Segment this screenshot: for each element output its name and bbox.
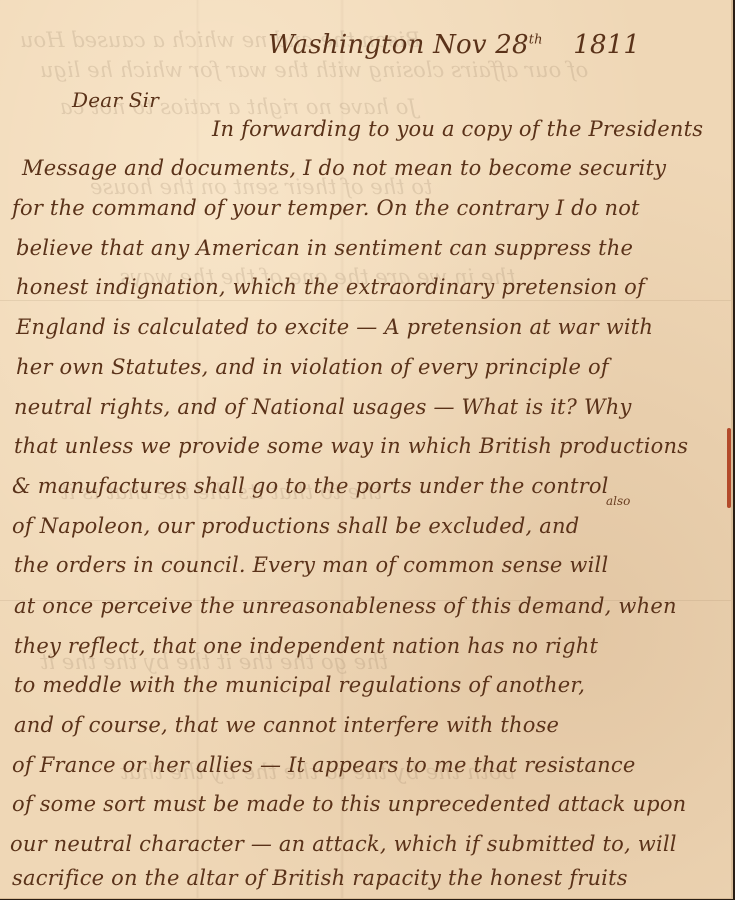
letter-line-9: that unless we provide some way in which… (14, 434, 688, 458)
dateline-day-suffix: th (529, 32, 543, 47)
dateline-year: 1811 (573, 30, 640, 60)
dateline-day: 28 (495, 30, 528, 60)
letter-line-14: they reflect, that one independent natio… (14, 634, 598, 658)
letter-page: Bison the and ne which a caused Hou of o… (0, 0, 733, 899)
letter-line-8: neutral rights, and of National usages —… (14, 395, 632, 419)
letter-line-17: of France or her allies — It appears to … (12, 753, 636, 777)
dateline-month: Nov (433, 30, 487, 60)
letter-line-2: Message and documents, I do not mean to … (22, 156, 666, 180)
letter-line-19: our neutral character — an attack, which… (10, 832, 677, 856)
letter-line-4: believe that any American in sentiment c… (16, 236, 633, 260)
letter-line-1: In forwarding to you a copy of the Presi… (212, 117, 703, 141)
letter-line-13: at once perceive the unreasonableness of… (14, 594, 677, 618)
letter-line-6: England is calculated to excite — A pret… (16, 315, 653, 339)
letter-line-7: her own Statutes, and in violation of ev… (16, 355, 609, 379)
letter-line-3: for the command of your temper. On the c… (12, 196, 640, 220)
dateline: Washington Nov 28th 1811 (268, 30, 640, 60)
letter-line-20: sacrifice on the altar of British rapaci… (12, 866, 628, 890)
letter-line-11: of Napoleon, our productions shall be ex… (12, 514, 579, 538)
letter-line-10: & manufactures shall go to the ports und… (12, 474, 609, 498)
interlinear-insertion: also (606, 494, 630, 508)
letter-line-16: and of course, that we cannot interfere … (14, 713, 559, 737)
letter-line-18: of some sort must be made to this unprec… (12, 792, 686, 816)
fold-line (0, 300, 731, 301)
letter-line-12: the orders in council. Every man of comm… (14, 553, 608, 577)
salutation: Dear Sir (72, 88, 159, 112)
seal-stain (727, 428, 731, 508)
dateline-place: Washington (268, 30, 425, 60)
letter-line-15: to meddle with the municipal regulations… (14, 673, 585, 697)
letter-line-5: honest indignation, which the extraordin… (16, 275, 645, 299)
